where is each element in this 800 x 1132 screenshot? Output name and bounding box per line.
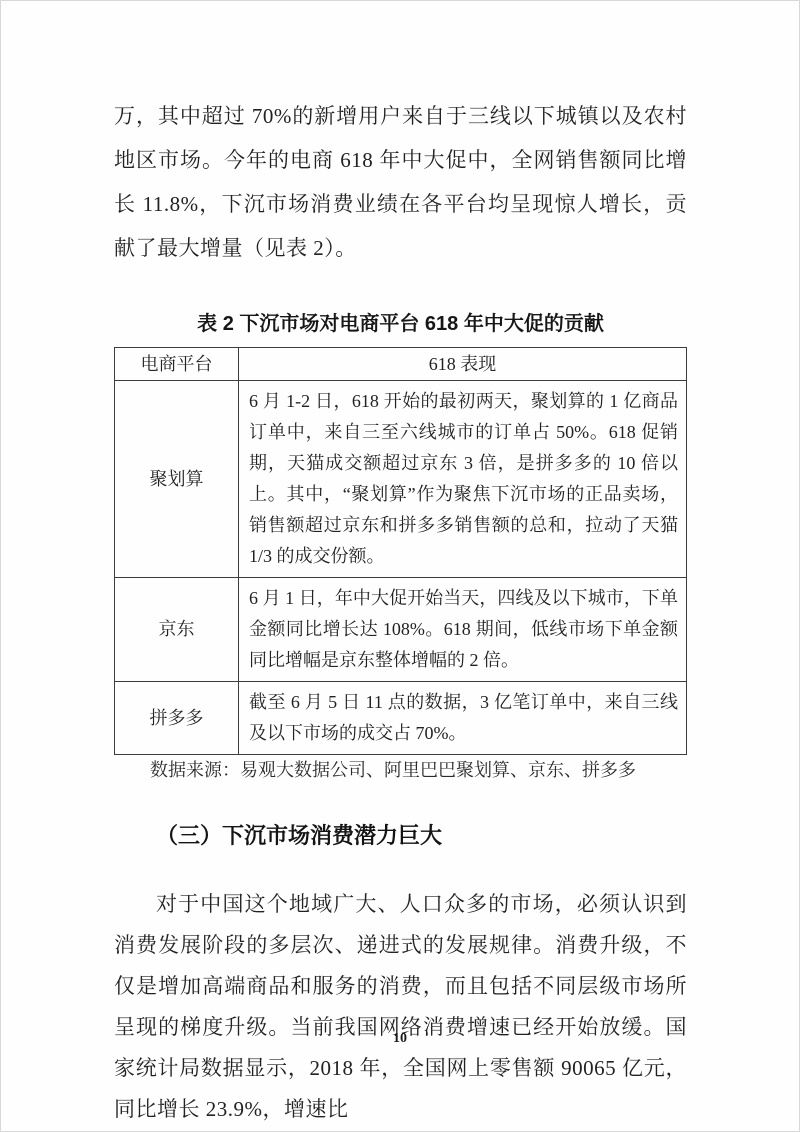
data-source-note: 数据来源：易观大数据公司、阿里巴巴聚划算、京东、拼多多 <box>114 758 687 782</box>
table-row: 京东 6 月 1 日，年中大促开始当天，四线及以下城市，下单金额同比增长达 10… <box>115 578 687 682</box>
performance-cell-juhuasuan: 6 月 1-2 日，618 开始的最初两天，聚划算的 1 亿商品订单中，来自三至… <box>239 381 687 578</box>
platform-cell-juhuasuan: 聚划算 <box>115 381 239 578</box>
table-618-contribution: 电商平台 618 表现 聚划算 6 月 1-2 日，618 开始的最初两天，聚划… <box>114 347 687 755</box>
table-caption: 表 2 下沉市场对电商平台 618 年中大促的贡献 <box>114 307 687 341</box>
document-page: 万，其中超过 70%的新增用户来自于三线以下城镇以及农村地区市场。今年的电商 6… <box>0 0 800 1132</box>
paragraph-intro: 万，其中超过 70%的新增用户来自于三线以下城镇以及农村地区市场。今年的电商 6… <box>114 94 687 270</box>
paragraph-body: 对于中国这个地域广大、人口众多的市场，必须认识到消费发展阶段的多层次、递进式的发… <box>114 884 687 1130</box>
performance-cell-jd: 6 月 1 日，年中大促开始当天，四线及以下城市，下单金额同比增长达 108%。… <box>239 578 687 682</box>
page-content: 万，其中超过 70%的新增用户来自于三线以下城镇以及农村地区市场。今年的电商 6… <box>114 1 687 1130</box>
table-row: 拼多多 截至 6 月 5 日 11 点的数据，3 亿笔订单中，来自三线及以下市场… <box>115 682 687 755</box>
page-number: 10 <box>1 1031 799 1047</box>
performance-cell-pinduoduo: 截至 6 月 5 日 11 点的数据，3 亿笔订单中，来自三线及以下市场的成交占… <box>239 682 687 755</box>
section-heading: （三）下沉市场消费潜力巨大 <box>114 821 687 851</box>
column-header-platform: 电商平台 <box>115 348 239 381</box>
platform-cell-jd: 京东 <box>115 578 239 682</box>
table-row: 聚划算 6 月 1-2 日，618 开始的最初两天，聚划算的 1 亿商品订单中，… <box>115 381 687 578</box>
table-header-row: 电商平台 618 表现 <box>115 348 687 381</box>
column-header-performance: 618 表现 <box>239 348 687 381</box>
platform-cell-pinduoduo: 拼多多 <box>115 682 239 755</box>
